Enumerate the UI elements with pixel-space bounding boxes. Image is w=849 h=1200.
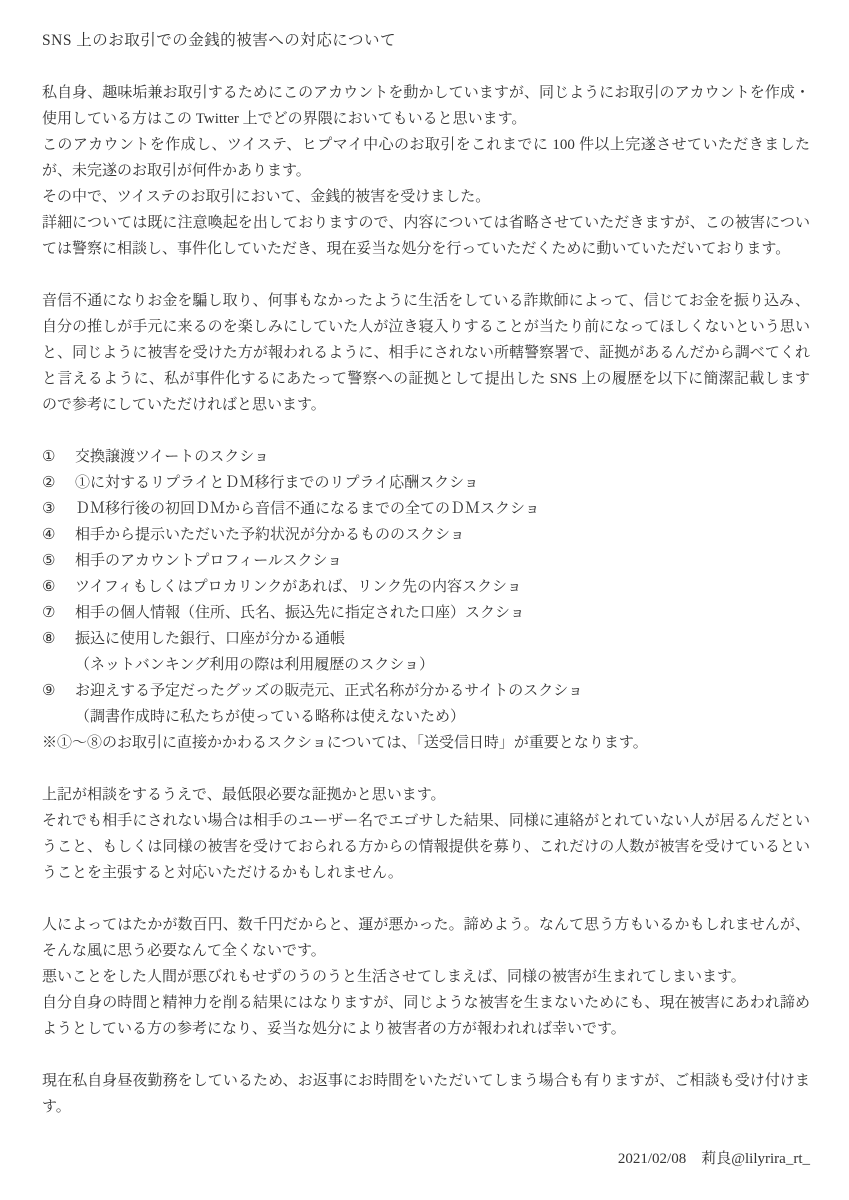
intro-paragraph: 私自身、趣味垢兼お取引するためにこのアカウントを動かしていますが、同じようにお取… (42, 80, 810, 262)
intro-line: その中で、ツイステのお取引において、金銭的被害を受けました。 (42, 184, 810, 210)
appeal-line: 人によってはたかが数百円、数千円だからと、運が悪かった。諦めよう。なんて思う方も… (42, 912, 810, 964)
list-item-text: 相手のアカウントプロフィールスクショ (75, 548, 810, 574)
list-footnote: ※①～⑧のお取引に直接かかわるスクショについては、「送受信日時」が重要となります… (42, 730, 810, 756)
intro-line: このアカウントを作成し、ツイステ、ヒプマイ中心のお取引をこれまでに 100 件以… (42, 132, 810, 184)
list-item-number: ⑨ (42, 678, 75, 704)
list-item-number: ⑦ (42, 600, 75, 626)
appeal-line: 悪いことをした人間が悪びれもせずのうのうと生活させてしまえば、同様の被害が生まれ… (42, 964, 810, 990)
list-item: ⑤ 相手のアカウントプロフィールスクショ (42, 548, 810, 574)
list-item-text: お迎えする予定だったグッズの販売元、正式名称が分かるサイトのスクショ (75, 678, 810, 704)
intro-line: 詳細については既に注意喚起を出しておりますので、内容については省略させていただき… (42, 210, 810, 262)
list-item: ② ①に対するリプライとＤＭ移行までのリプライ応酬スクショ (42, 470, 810, 496)
list-item: ① 交換譲渡ツイートのスクショ (42, 444, 810, 470)
list-item: ④ 相手から提示いただいた予約状況が分かるもののスクショ (42, 522, 810, 548)
motivation-paragraph: 音信不通になりお金を騙し取り、何事もなかったように生活をしている詐欺師によって、… (42, 288, 810, 418)
list-item-text: 交換譲渡ツイートのスクショ (75, 444, 810, 470)
list-item-text: ツイフィもしくはプロカリンクがあれば、リンク先の内容スクショ (75, 574, 810, 600)
list-item: ⑦ 相手の個人情報（住所、氏名、振込先に指定された口座）スクショ (42, 600, 810, 626)
appeal-paragraph: 人によってはたかが数百円、数千円だからと、運が悪かった。諦めよう。なんて思う方も… (42, 912, 810, 1042)
list-item-number: ⑥ (42, 574, 75, 600)
motivation-text: 音信不通になりお金を騙し取り、何事もなかったように生活をしている詐欺師によって、… (42, 288, 810, 418)
list-item: ③ ＤＭ移行後の初回ＤＭから音信不通になるまでの全てのＤＭスクショ (42, 496, 810, 522)
list-item: ⑥ ツイフィもしくはプロカリンクがあれば、リンク先の内容スクショ (42, 574, 810, 600)
list-item-text: ①に対するリプライとＤＭ移行までのリプライ応酬スクショ (75, 470, 810, 496)
advice-line: 上記が相談をするうえで、最低限必要な証拠かと思います。 (42, 782, 810, 808)
list-item-number: ⑧ (42, 626, 75, 652)
closing-text: 現在私自身昼夜勤務をしているため、お返事にお時間をいただいてしまう場合も有ります… (42, 1068, 810, 1120)
list-item-subnote: （調書作成時に私たちが使っている略称は使えないため） (42, 704, 810, 730)
list-item-text: ＤＭ移行後の初回ＤＭから音信不通になるまでの全てのＤＭスクショ (75, 496, 810, 522)
list-item-number: ② (42, 470, 75, 496)
list-item-number: ④ (42, 522, 75, 548)
intro-line: 私自身、趣味垢兼お取引するためにこのアカウントを動かしていますが、同じようにお取… (42, 80, 810, 132)
list-item-number: ⑤ (42, 548, 75, 574)
document-title: SNS 上のお取引での金銭的被害への対応について (42, 28, 810, 54)
list-item: ⑨ お迎えする予定だったグッズの販売元、正式名称が分かるサイトのスクショ (42, 678, 810, 704)
list-item-number: ③ (42, 496, 75, 522)
list-item-text: 相手の個人情報（住所、氏名、振込先に指定された口座）スクショ (75, 600, 810, 626)
list-item-text: 振込に使用した銀行、口座が分かる通帳 (75, 626, 810, 652)
list-item-number: ① (42, 444, 75, 470)
list-item: ⑧ 振込に使用した銀行、口座が分かる通帳 (42, 626, 810, 652)
closing-paragraph: 現在私自身昼夜勤務をしているため、お返事にお時間をいただいてしまう場合も有ります… (42, 1068, 810, 1120)
list-item-text: 相手から提示いただいた予約状況が分かるもののスクショ (75, 522, 810, 548)
appeal-line: 自分自身の時間と精神力を削る結果にはなりますが、同じような被害を生まないためにも… (42, 990, 810, 1042)
advice-line: それでも相手にされない場合は相手のユーザー名でエゴサした結果、同様に連絡がとれて… (42, 808, 810, 886)
evidence-list: ① 交換譲渡ツイートのスクショ ② ①に対するリプライとＤＭ移行までのリプライ応… (42, 444, 810, 756)
list-item-subnote: （ネットバンキング利用の際は利用履歴のスクショ） (42, 652, 810, 678)
advice-paragraph: 上記が相談をするうえで、最低限必要な証拠かと思います。 それでも相手にされない場… (42, 782, 810, 886)
signature: 2021/02/08 莉良@lilyrira_rt_ (42, 1146, 810, 1172)
document-page: SNS 上のお取引での金銭的被害への対応について 私自身、趣味垢兼お取引するため… (0, 0, 849, 1200)
